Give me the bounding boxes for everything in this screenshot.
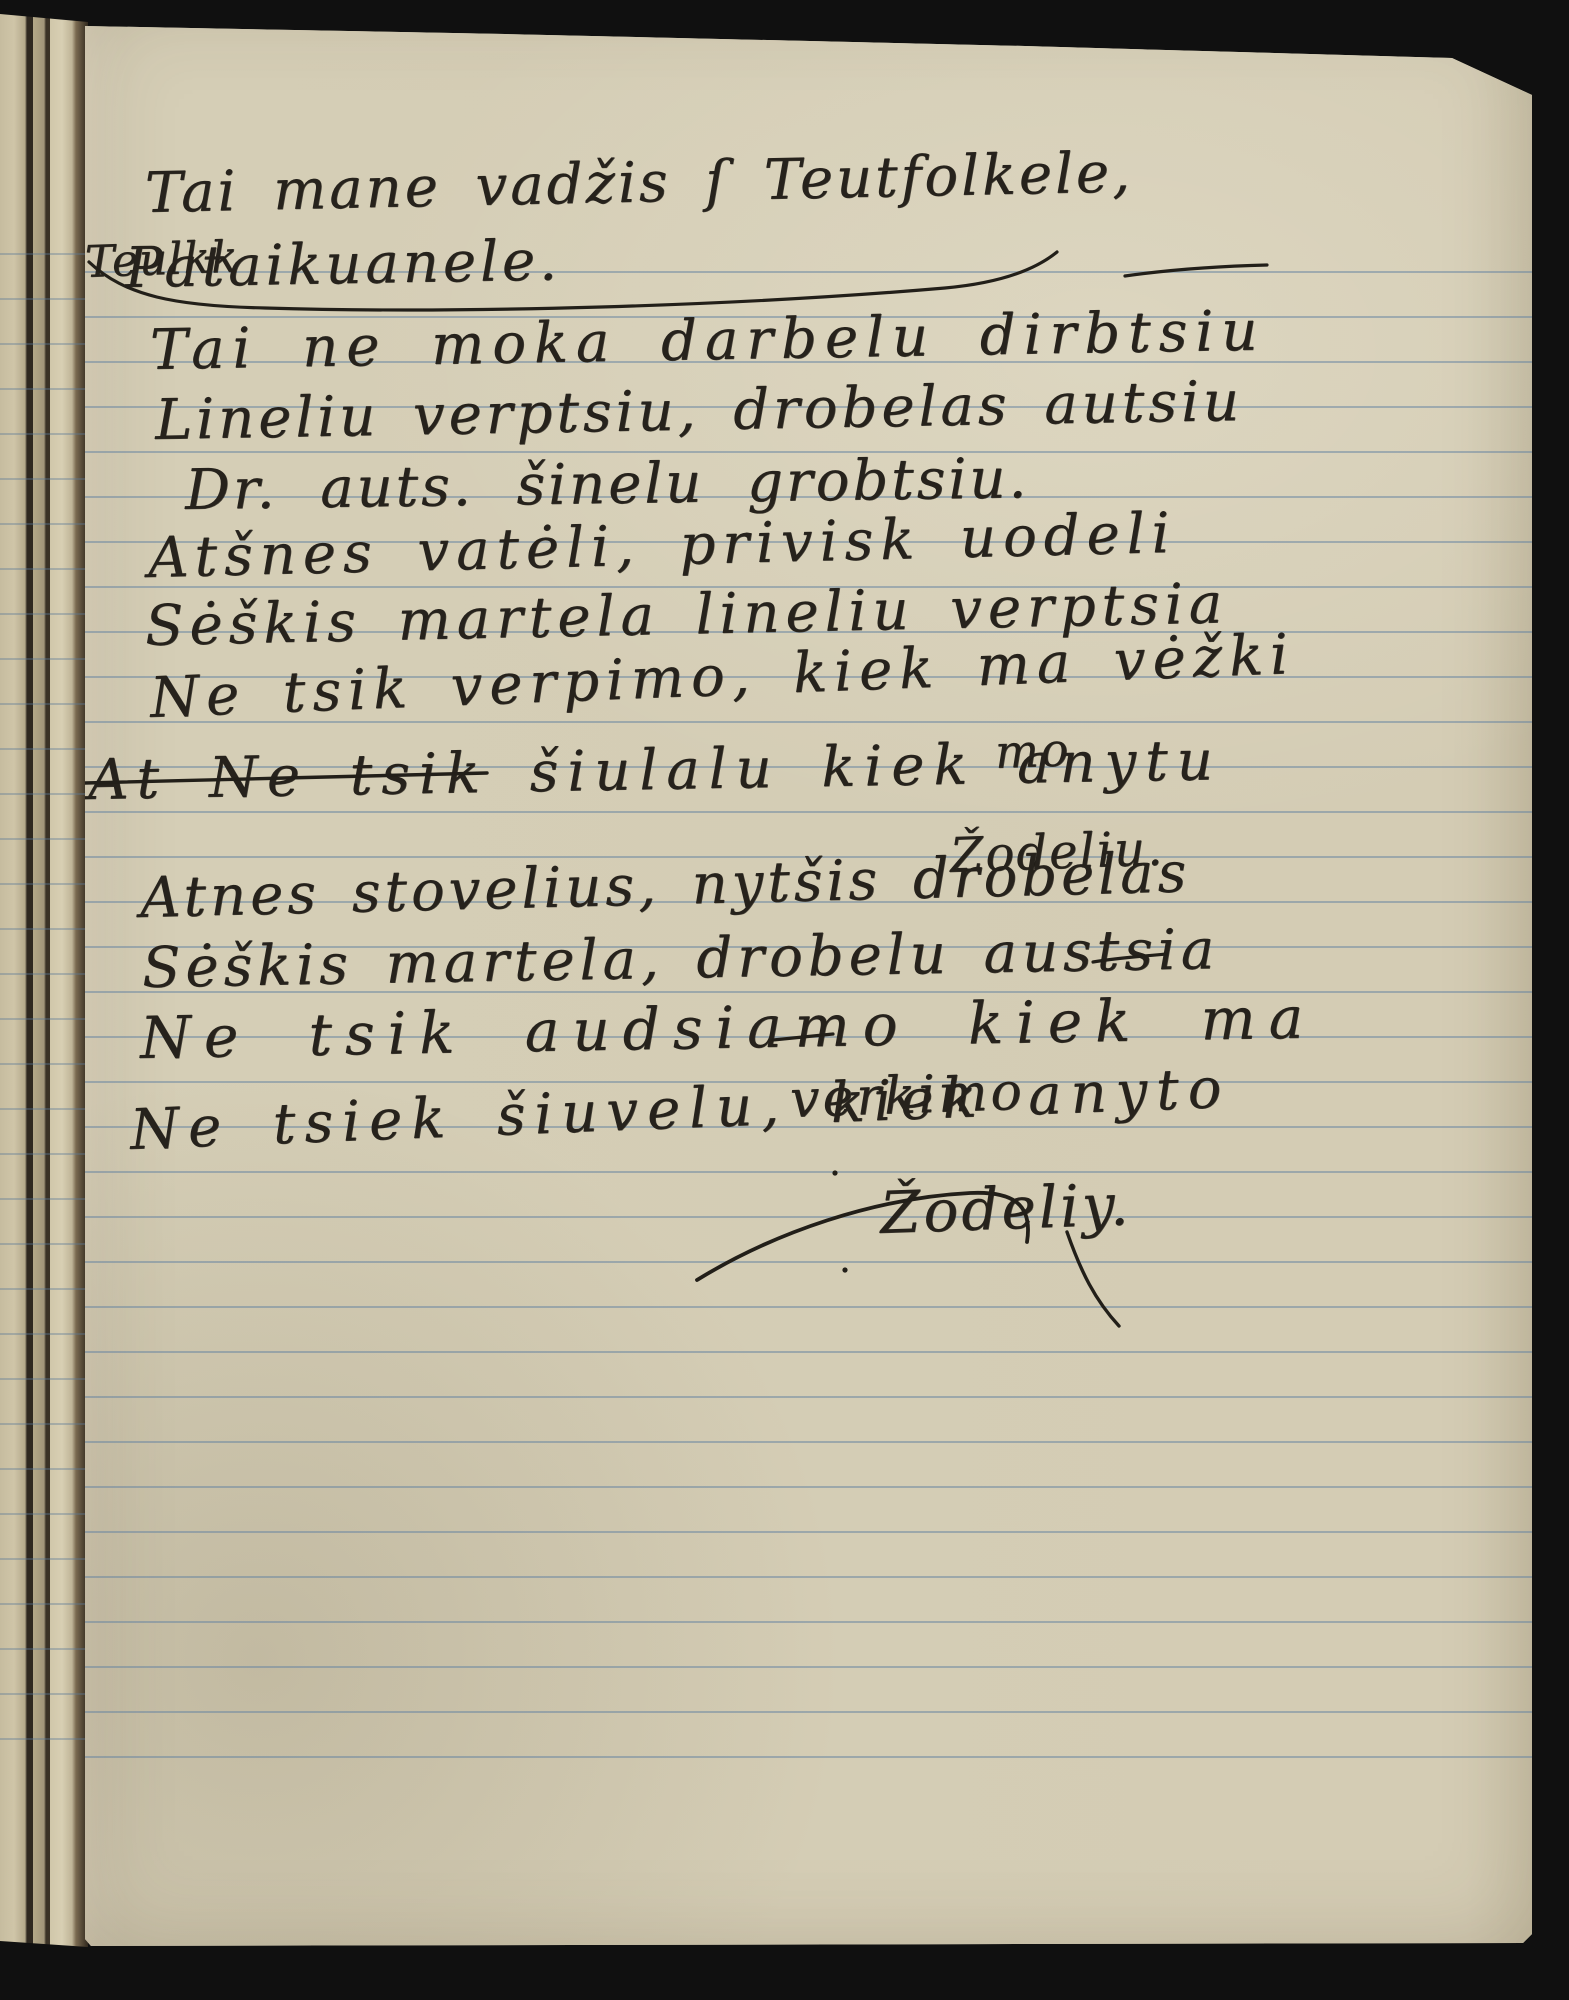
scanned-notebook-photo: Tai mane vadžis ſ Teutfolkele, Teulkk Pa… [0,0,1569,2000]
book-binding-edge [0,0,88,1960]
line-12-start: Ne tsik audsi [139,993,747,1072]
handwriting-line-14: Žodeliy. [879,1170,1133,1247]
notebook-page: Tai mane vadžis ſ Teutfolkele, Teulkk Pa… [85,0,1532,1950]
handwriting-line-2: Pataikuanele. [124,228,561,301]
struck-letter: a [746,993,795,1062]
struck-word: At [87,747,168,813]
handwriting-line-1: Tai mane vadžis ſ Teutfolkele, [144,140,1133,226]
line-12-end: mo kiek ma [794,983,1317,1060]
